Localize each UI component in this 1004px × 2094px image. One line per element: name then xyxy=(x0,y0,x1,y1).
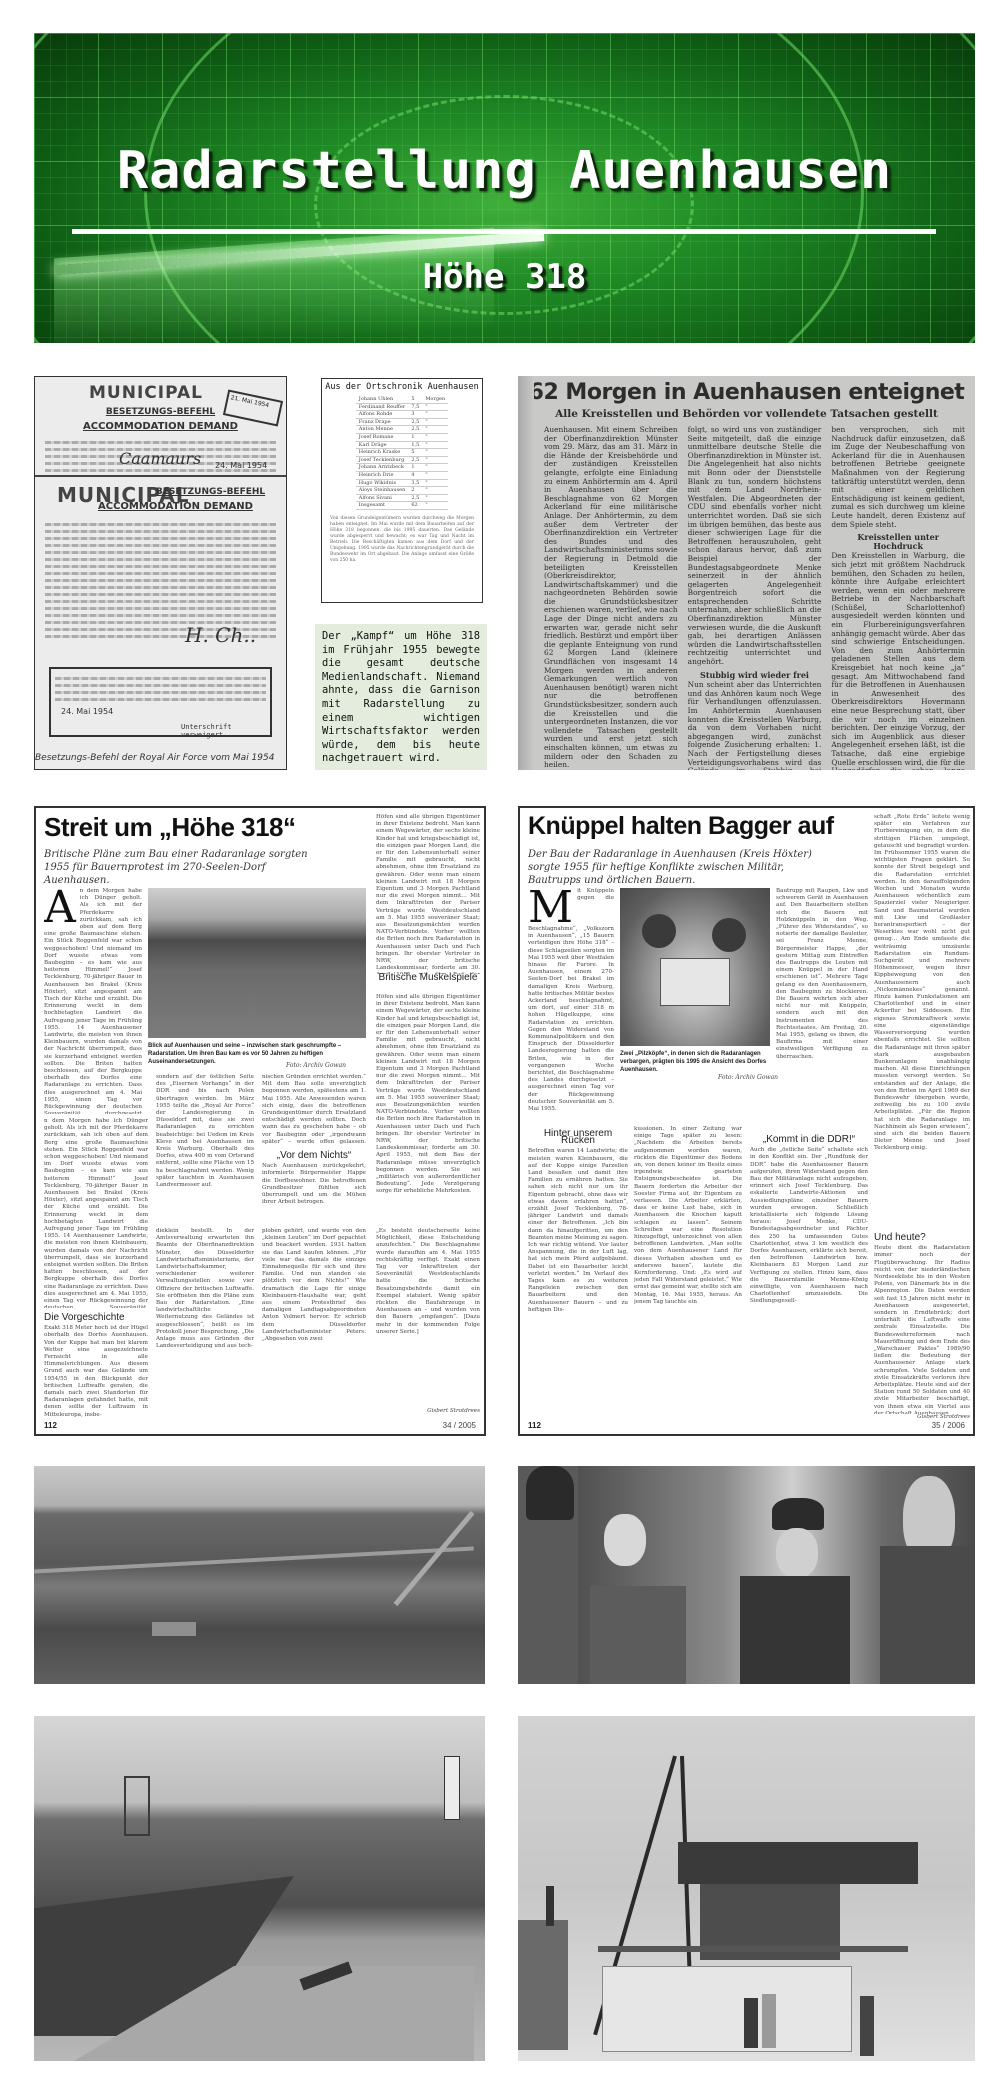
order-title-de-2: BESETZUNGS-BEFEHL xyxy=(145,487,276,497)
banner-title: Radarstellung Auenhausen xyxy=(34,141,975,201)
worker-3 xyxy=(860,1996,874,2056)
trench-edge xyxy=(394,1511,475,1606)
article-column-2: kussionen. In einer Zeitung war einige T… xyxy=(634,1126,742,1416)
issue-number: 35 / 2006 xyxy=(932,1421,965,1430)
newspaper-subhead: Kreisstellen unter Hochdruck xyxy=(831,533,965,550)
chronicle-title: Aus der Ortschronik Auenhausen xyxy=(322,379,482,392)
order-title-en: ACCOMMODATION DEMAND xyxy=(45,421,276,432)
article-page-knueppel: Knüppel halten Bagger auf Der Bau der Ra… xyxy=(518,806,975,1436)
photo-construction-pit xyxy=(34,1716,485,2061)
banner-divider xyxy=(72,229,936,234)
article-column-4: Höfen sind alle übrigen Eigentümer in ih… xyxy=(376,814,480,974)
section-und-heute: Und heute? Heute dient die Radarstation … xyxy=(874,1228,970,1414)
table-row: Heinrich Drie4" xyxy=(356,471,448,479)
order-title-en-2: ACCOMMODATION DEMAND xyxy=(75,501,276,512)
table-row: Heinrich Kraske5" xyxy=(356,449,448,457)
village-photo xyxy=(148,888,366,1038)
article-column-3c: ploben gehört, und wurde von den „kleine… xyxy=(262,1228,366,1418)
landowner-table: Johann Uhlen5MorgenFerdinand Reuffer7,5"… xyxy=(356,396,448,510)
author: Gisbert Strotdrees xyxy=(376,1408,480,1415)
article-page-streit: Streit um „Höhe 318“ Britische Pläne zum… xyxy=(34,806,486,1436)
article-column-2: sondern auf der östlichen Seite des „Eis… xyxy=(156,1074,254,1224)
page-number: 112 xyxy=(528,1421,541,1430)
slope-path xyxy=(34,1546,474,1573)
scaffold-beam xyxy=(598,1946,908,1952)
table-row: Insgesamt62" xyxy=(356,502,448,510)
watch-tower xyxy=(444,1756,460,1820)
subhead-muskelspiele-wrap: Britische Muskelspiele xyxy=(376,974,480,990)
photo-credit: Foto: Archiv Gowan xyxy=(286,1062,346,1069)
article-title: Streit um „Höhe 318“ xyxy=(44,812,296,843)
worker-2 xyxy=(762,1994,776,2048)
newspaper-headline: 62 Morgen in Auenhausen enteignet xyxy=(518,376,975,405)
newspaper-column: folgt, so wird uns von zuständiger Seite… xyxy=(688,426,822,770)
person-4 xyxy=(880,1546,975,1684)
newspaper-column: ben versprochen, sich mit Nachdruck dafü… xyxy=(831,426,965,770)
subhead-muskelspiele: Britische Muskelspiele xyxy=(376,974,480,981)
worker-1 xyxy=(744,1998,758,2048)
bunker-structure xyxy=(152,1622,196,1636)
radar-dome-right xyxy=(712,918,746,952)
radar-domes-photo xyxy=(620,888,770,1046)
station-building xyxy=(660,958,730,1006)
drop-cap: M xyxy=(528,890,573,926)
photo-caption: Zwei „Pilzköpfe“, in denen sich die Rada… xyxy=(620,1050,770,1074)
building-base xyxy=(602,1966,852,2052)
person-2 xyxy=(590,1586,686,1684)
title-banner: Radarstellung Auenhausen Höhe 318 xyxy=(34,33,975,343)
subhead-hinter-unserem-ruecken: Hinter unserem Rücken xyxy=(528,1130,628,1144)
table-row: Hugo Wikidnis3,5" xyxy=(356,479,448,487)
chimney xyxy=(546,1886,554,1926)
issue-number: 34 / 2005 xyxy=(443,1421,476,1430)
article-dek: Der Bau der Radaranlage in Auenhausen (K… xyxy=(528,848,828,887)
article-dek: Britische Pläne zum Bau einer Radaranlag… xyxy=(44,848,324,887)
village-chronicle-excerpt: Aus der Ortschronik Auenhausen Johann Uh… xyxy=(321,378,483,603)
table-row: Franz Drape2,5" xyxy=(356,418,448,426)
scaffold-frame xyxy=(124,1776,150,1836)
officer-cap-2 xyxy=(772,1498,824,1530)
article-column-4c: „Es besteht deutscherseits keine Möglich… xyxy=(376,1228,480,1408)
person-3 xyxy=(740,1576,850,1684)
table-row: Josef Romane1" xyxy=(356,433,448,441)
table-row: Josef Tecklenburg2,5" xyxy=(356,456,448,464)
radar-dome-left xyxy=(642,914,676,948)
chronicle-text: Von diesen Grundeigentümern wurden durch… xyxy=(330,516,474,564)
drop-cap: A xyxy=(44,890,76,926)
article-column-3: Bautrupp mit Raupen, Lkw und schwerem Ge… xyxy=(776,888,868,1128)
article-column-4: schaft „Rote Erde“ leitete wenig später … xyxy=(874,814,970,1228)
face-3 xyxy=(776,1528,818,1578)
section-vorgeschichte: Die Vorgeschichte Exakt 318 Meter hoch i… xyxy=(44,1308,148,1420)
article-column-1: M it Knüppeln gegen die Beschlagnahme“, … xyxy=(528,888,614,1120)
occupation-order-document: MUNICIPAL BESETZUNGS-BEFEHL ACCOMMODATIO… xyxy=(34,376,287,770)
face-2 xyxy=(604,1514,646,1566)
table-row: Anton Menne2,5" xyxy=(356,426,448,434)
photo-tower-scaffold xyxy=(518,1716,975,2061)
banner-subtitle: Höhe 318 xyxy=(34,257,975,297)
order-caption: Besetzungs-Befehl der Royal Air Force vo… xyxy=(35,753,274,763)
photo-officers-group xyxy=(518,1466,975,1684)
page-number: 112 xyxy=(44,1421,57,1430)
article-column-3b: „Vor dem Nichts“ Nach Auenhausen zurückg… xyxy=(262,1146,366,1226)
article-column-2b: dieklein bestellt. In der Amtsverwaltung… xyxy=(156,1228,254,1418)
subhead-vor-dem-nichts: „Vor dem Nichts“ xyxy=(262,1152,366,1159)
newspaper-columns: Auenhausen. Mit einem Schreiben der Ober… xyxy=(518,420,975,770)
tower-platform xyxy=(678,1842,918,1884)
order-date: 24. Mai 1954 xyxy=(215,461,276,470)
subhead-vorgeschichte: Die Vorgeschichte xyxy=(44,1314,148,1321)
adjacent-column-edge xyxy=(518,376,534,770)
table-row: Alfons Sivani2,5" xyxy=(356,494,448,502)
photo-excavation-slope xyxy=(34,1466,485,1684)
article-column-4b: Höfen sind alle übrigen Eigentümer in ih… xyxy=(376,994,480,1224)
table-row: Alfons Rohde3" xyxy=(356,411,448,419)
article-title: Knüppel halten Bagger auf xyxy=(528,812,834,841)
acknowledgement-box: 24. Mai 1954 Unterschrift verweigert xyxy=(49,667,272,737)
signature: Caamaurs xyxy=(119,449,201,468)
article-column-1: A n dem Morgen habe ich Dünger geholt. A… xyxy=(44,888,142,1114)
newspaper-column: Auenhausen. Mit einem Schreiben der Ober… xyxy=(544,426,678,770)
table-header-row: Johann Uhlen5Morgen xyxy=(356,396,448,403)
newspaper-subheadline: Alle Kreisstellen und Behörden vor volle… xyxy=(518,408,975,420)
officer-cap-1 xyxy=(526,1466,574,1520)
photo-credit: Foto: Archiv Gowan xyxy=(718,1074,778,1081)
quote-box: Der „Kampf“ um Höhe 318 im Frühjahr 1955… xyxy=(315,624,487,770)
subhead-und-heute: Und heute? xyxy=(874,1234,970,1241)
article-column-3: nischen Gründen errichtet werden.“ Mit d… xyxy=(262,1074,366,1144)
subhead-kommt-in-die-ddr: „Kommt in die DDR!“ xyxy=(750,1136,868,1143)
table-row: Aloys Steinhausen2" xyxy=(356,487,448,495)
section-hinter-unserem-ruecken: Hinter unserem Rücken Betroffen waren 14… xyxy=(528,1124,628,1414)
signature-refused-label: Unterschrift verweigert xyxy=(181,723,260,739)
acknowledgement-date: 24. Mai 1954 xyxy=(61,707,260,716)
signature-2: H. Ch.. xyxy=(185,623,256,647)
document-fold xyxy=(35,475,286,477)
newspaper-clipping: 62 Morgen in Auenhausen enteignet Alle K… xyxy=(518,376,975,770)
table-row: Ferdinand Reuffer7,5" xyxy=(356,403,448,411)
table-row: Johann Arntzbeck1" xyxy=(356,464,448,472)
section-kommt-in-die-ddr: „Kommt in die DDR!“ Auch die „östliche S… xyxy=(750,1130,868,1416)
side-shed xyxy=(518,1920,568,2050)
newspaper-subhead: Stubbig wird wieder frei xyxy=(688,671,822,680)
table-row: Karl Dräge1,5" xyxy=(356,441,448,449)
